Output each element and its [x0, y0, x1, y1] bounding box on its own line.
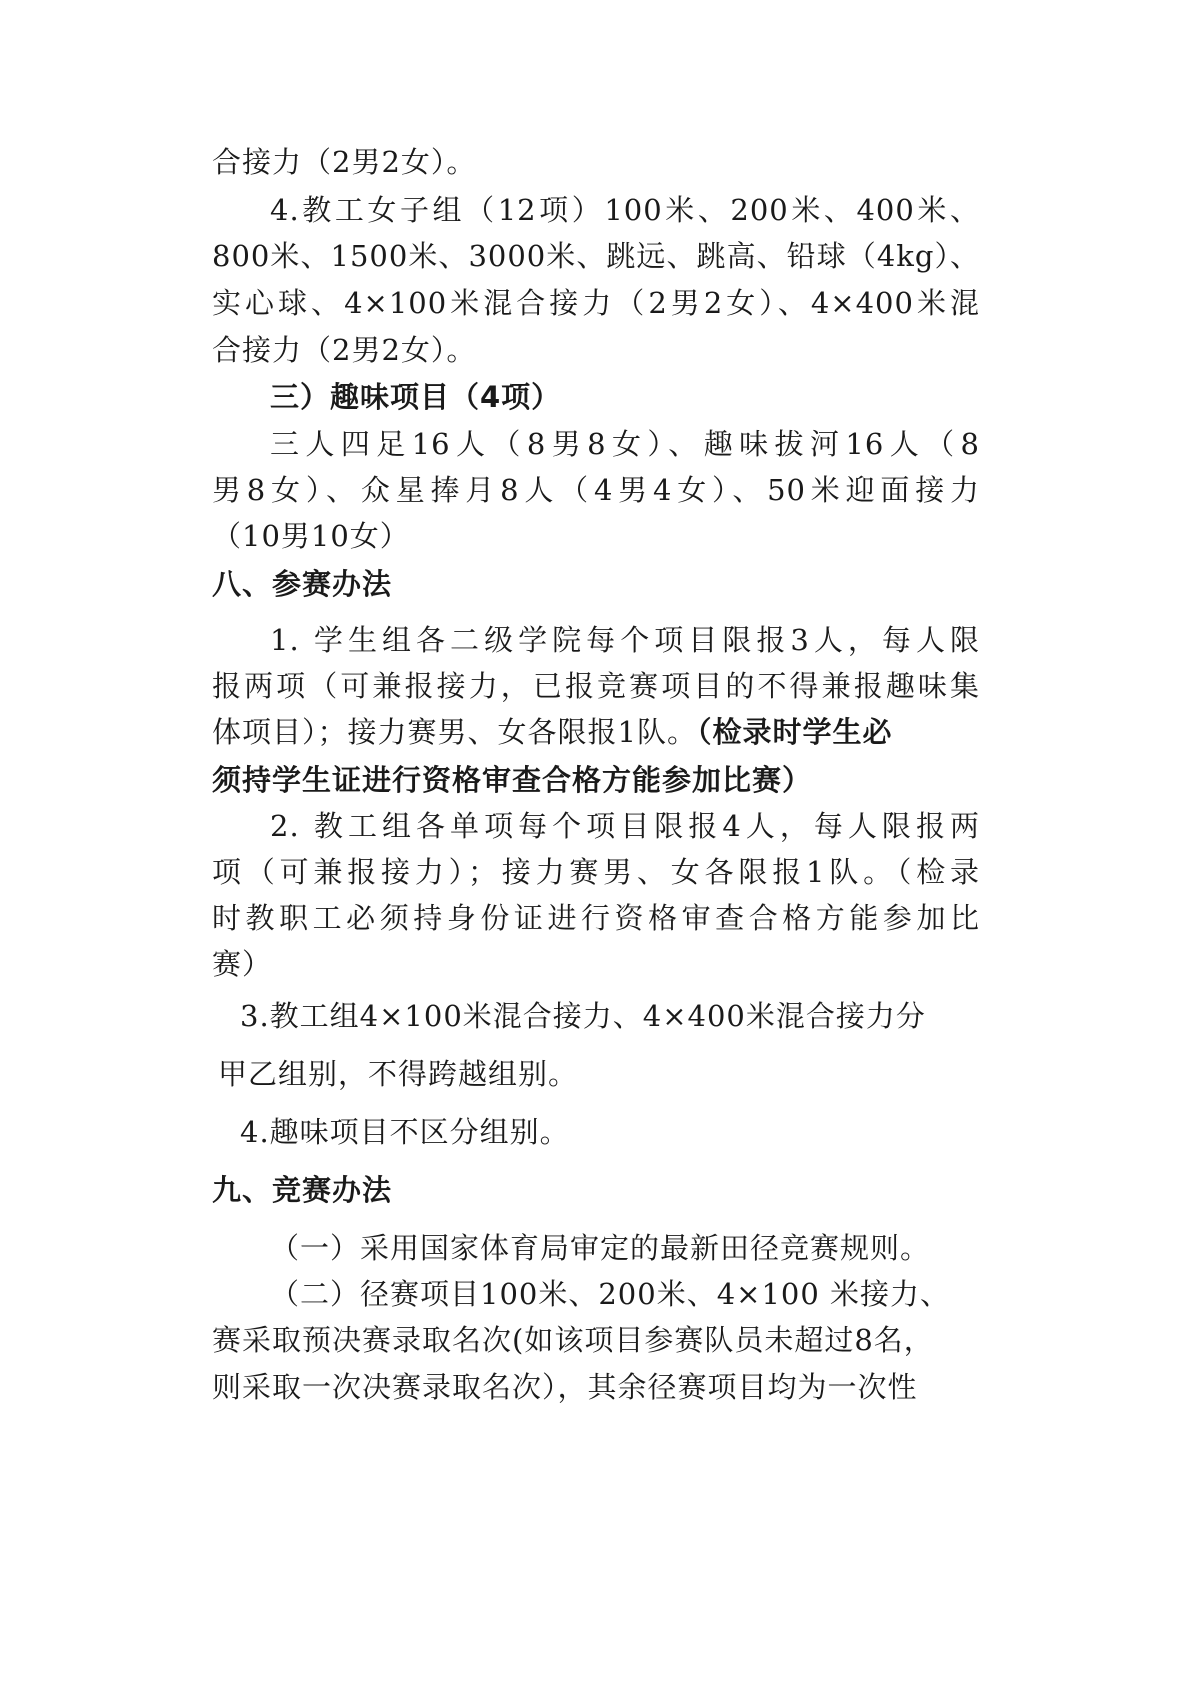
paragraph-line: 合接力（2男2女）。 [212, 142, 476, 182]
paragraph-line: 时教职工必须持身份证进行资格审查合格方能参加比 [212, 898, 980, 938]
paragraph-line: 男8女）、众星捧月8人（4男4女）、50米迎面接力 [212, 470, 980, 510]
text-normal: 体项目）；接力赛男、女各限报1队。 [212, 715, 697, 749]
paragraph-line-bold: 须持学生证进行资格审查合格方能参加比赛） [212, 760, 812, 800]
paragraph-line: （10男10女） [212, 516, 410, 556]
paragraph-line: 报两项（可兼报接力，已报竞赛项目的不得兼报趣味集 [212, 666, 980, 706]
paragraph-line: 则采取一次决赛录取名次），其余径赛项目均为一次性 [212, 1367, 918, 1407]
paragraph-line: 赛采取预决赛录取名次(如该项目参赛队员未超过8名， [212, 1320, 934, 1360]
section-heading: 九、竞赛办法 [212, 1170, 392, 1210]
paragraph-line: 项（可兼报接力）；接力赛男、女各限报1队。（检录 [212, 852, 980, 892]
paragraph-line: 赛） [212, 944, 272, 984]
paragraph-line: 800米、1500米、3000米、跳远、跳高、铅球（4kg）、 [212, 236, 980, 276]
section-heading: 八、参赛办法 [212, 564, 392, 604]
paragraph-line: 2. 教工组各单项每个项目限报4人，每人限报两 [270, 806, 980, 846]
paragraph-line: 甲乙组别，不得跨越组别。 [218, 1054, 578, 1094]
text-bold: （检录时学生必 [697, 715, 893, 749]
paragraph-line: 三人四足16人（8男8女）、趣味拔河16人（8 [270, 424, 980, 464]
paragraph-line: 3.教工组4×100米混合接力、4×400米混合接力分 [240, 996, 926, 1036]
paragraph-line: （一）采用国家体育局审定的最新田径竞赛规则。 [270, 1228, 930, 1268]
paragraph-line: 4.教工女子组（12项）100米、200米、400米、 [270, 190, 980, 230]
paragraph-line: 4.趣味项目不区分组别。 [240, 1112, 570, 1152]
paragraph-line: 1. 学生组各二级学院每个项目限报3人，每人限 [270, 620, 980, 660]
paragraph-line: 体项目）；接力赛男、女各限报1队。（检录时学生必 [212, 712, 892, 752]
subsection-heading: 三）趣味项目（4项） [270, 377, 561, 417]
document-page: 合接力（2男2女）。 4.教工女子组（12项）100米、200米、400米、 8… [0, 0, 1190, 1683]
paragraph-line: （二）径赛项目100米、200米、4×100 米接力、 [270, 1274, 950, 1314]
paragraph-line: 合接力（2男2女）。 [212, 330, 476, 370]
paragraph-line: 实心球、4×100米混合接力（2男2女）、4×400米混 [212, 283, 980, 323]
